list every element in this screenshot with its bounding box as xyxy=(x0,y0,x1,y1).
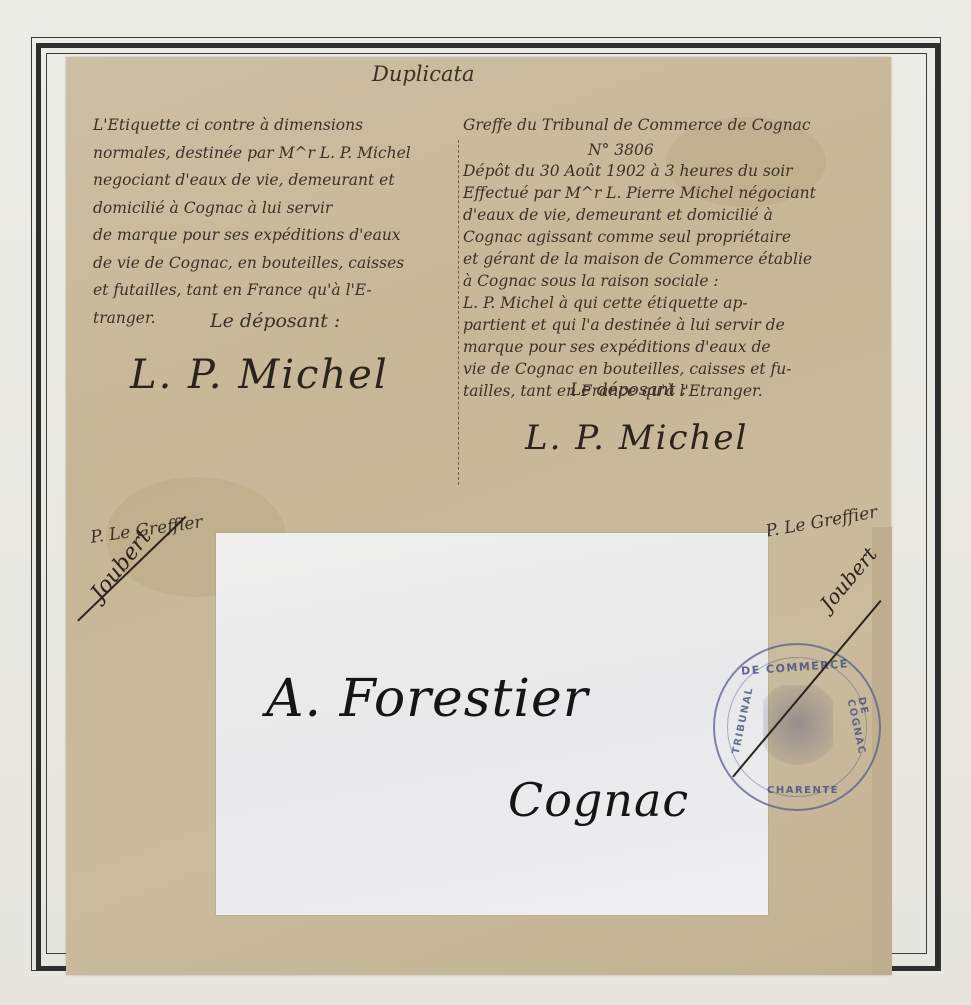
tribunal-stamp: DE COMMERCE TRIBUNAL DE COGNAC CHARENTE xyxy=(713,643,881,811)
right-line: Dépôt du 30 Août 1902 à 3 heures du soir xyxy=(463,160,888,182)
stamp-text-left: TRIBUNAL xyxy=(731,686,756,755)
right-line: Effectué par M^r L. Pierre Michel négoci… xyxy=(463,182,888,204)
left-line: normales, destinée par M^r L. P. Michel xyxy=(93,140,453,168)
left-line: de vie de Cognac, en bouteilles, caisses xyxy=(93,250,453,278)
right-deposant-label: Le déposant : xyxy=(570,380,687,400)
duplicata-heading: Duplicata xyxy=(372,62,474,86)
stamp-text-bottom: CHARENTE xyxy=(767,785,839,796)
right-line: partient et qui l'a destinée à lui servi… xyxy=(463,314,888,336)
left-line: negociant d'eaux de vie, demeurant et xyxy=(93,167,453,195)
right-line: et gérant de la maison de Commerce établ… xyxy=(463,248,888,270)
right-signature: L. P. Michel xyxy=(525,418,748,458)
cognac-label: A. Forestier Cognac xyxy=(216,533,768,915)
right-line: L. P. Michel à qui cette étiquette ap- xyxy=(463,292,888,314)
right-line: Greffe du Tribunal de Commerce de Cognac xyxy=(463,112,888,140)
left-deposant-label: Le déposant : xyxy=(210,310,340,332)
left-line: et futailles, tant en France qu'à l'E- xyxy=(93,277,453,305)
column-divider xyxy=(458,140,460,485)
stamp-text-top: DE COMMERCE xyxy=(741,657,850,677)
left-line: de marque pour ses expéditions d'eaux xyxy=(93,222,453,250)
right-line: marque pour ses expéditions d'eaux de xyxy=(463,336,888,358)
label-place-name: Cognac xyxy=(508,773,689,827)
left-line: domicilié à Cognac à lui servir xyxy=(93,195,453,223)
right-line: à Cognac sous la raison sociale : xyxy=(463,270,888,292)
left-line: L'Etiquette ci contre à dimensions xyxy=(93,112,453,140)
left-signature: L. P. Michel xyxy=(130,352,389,398)
stamp-text-right: DE COGNAC xyxy=(845,696,878,756)
registry-number: N° 3806 xyxy=(463,140,888,160)
right-line: d'eaux de vie, demeurant et domicilié à xyxy=(463,204,888,226)
right-line: vie de Cognac en bouteilles, caisses et … xyxy=(463,358,888,380)
left-declaration: L'Etiquette ci contre à dimensions norma… xyxy=(93,112,453,332)
right-registry-record: Greffe du Tribunal de Commerce de Cognac… xyxy=(463,112,888,402)
label-brand-name: A. Forestier xyxy=(266,669,589,729)
right-line: Cognac agissant comme seul propriétaire xyxy=(463,226,888,248)
